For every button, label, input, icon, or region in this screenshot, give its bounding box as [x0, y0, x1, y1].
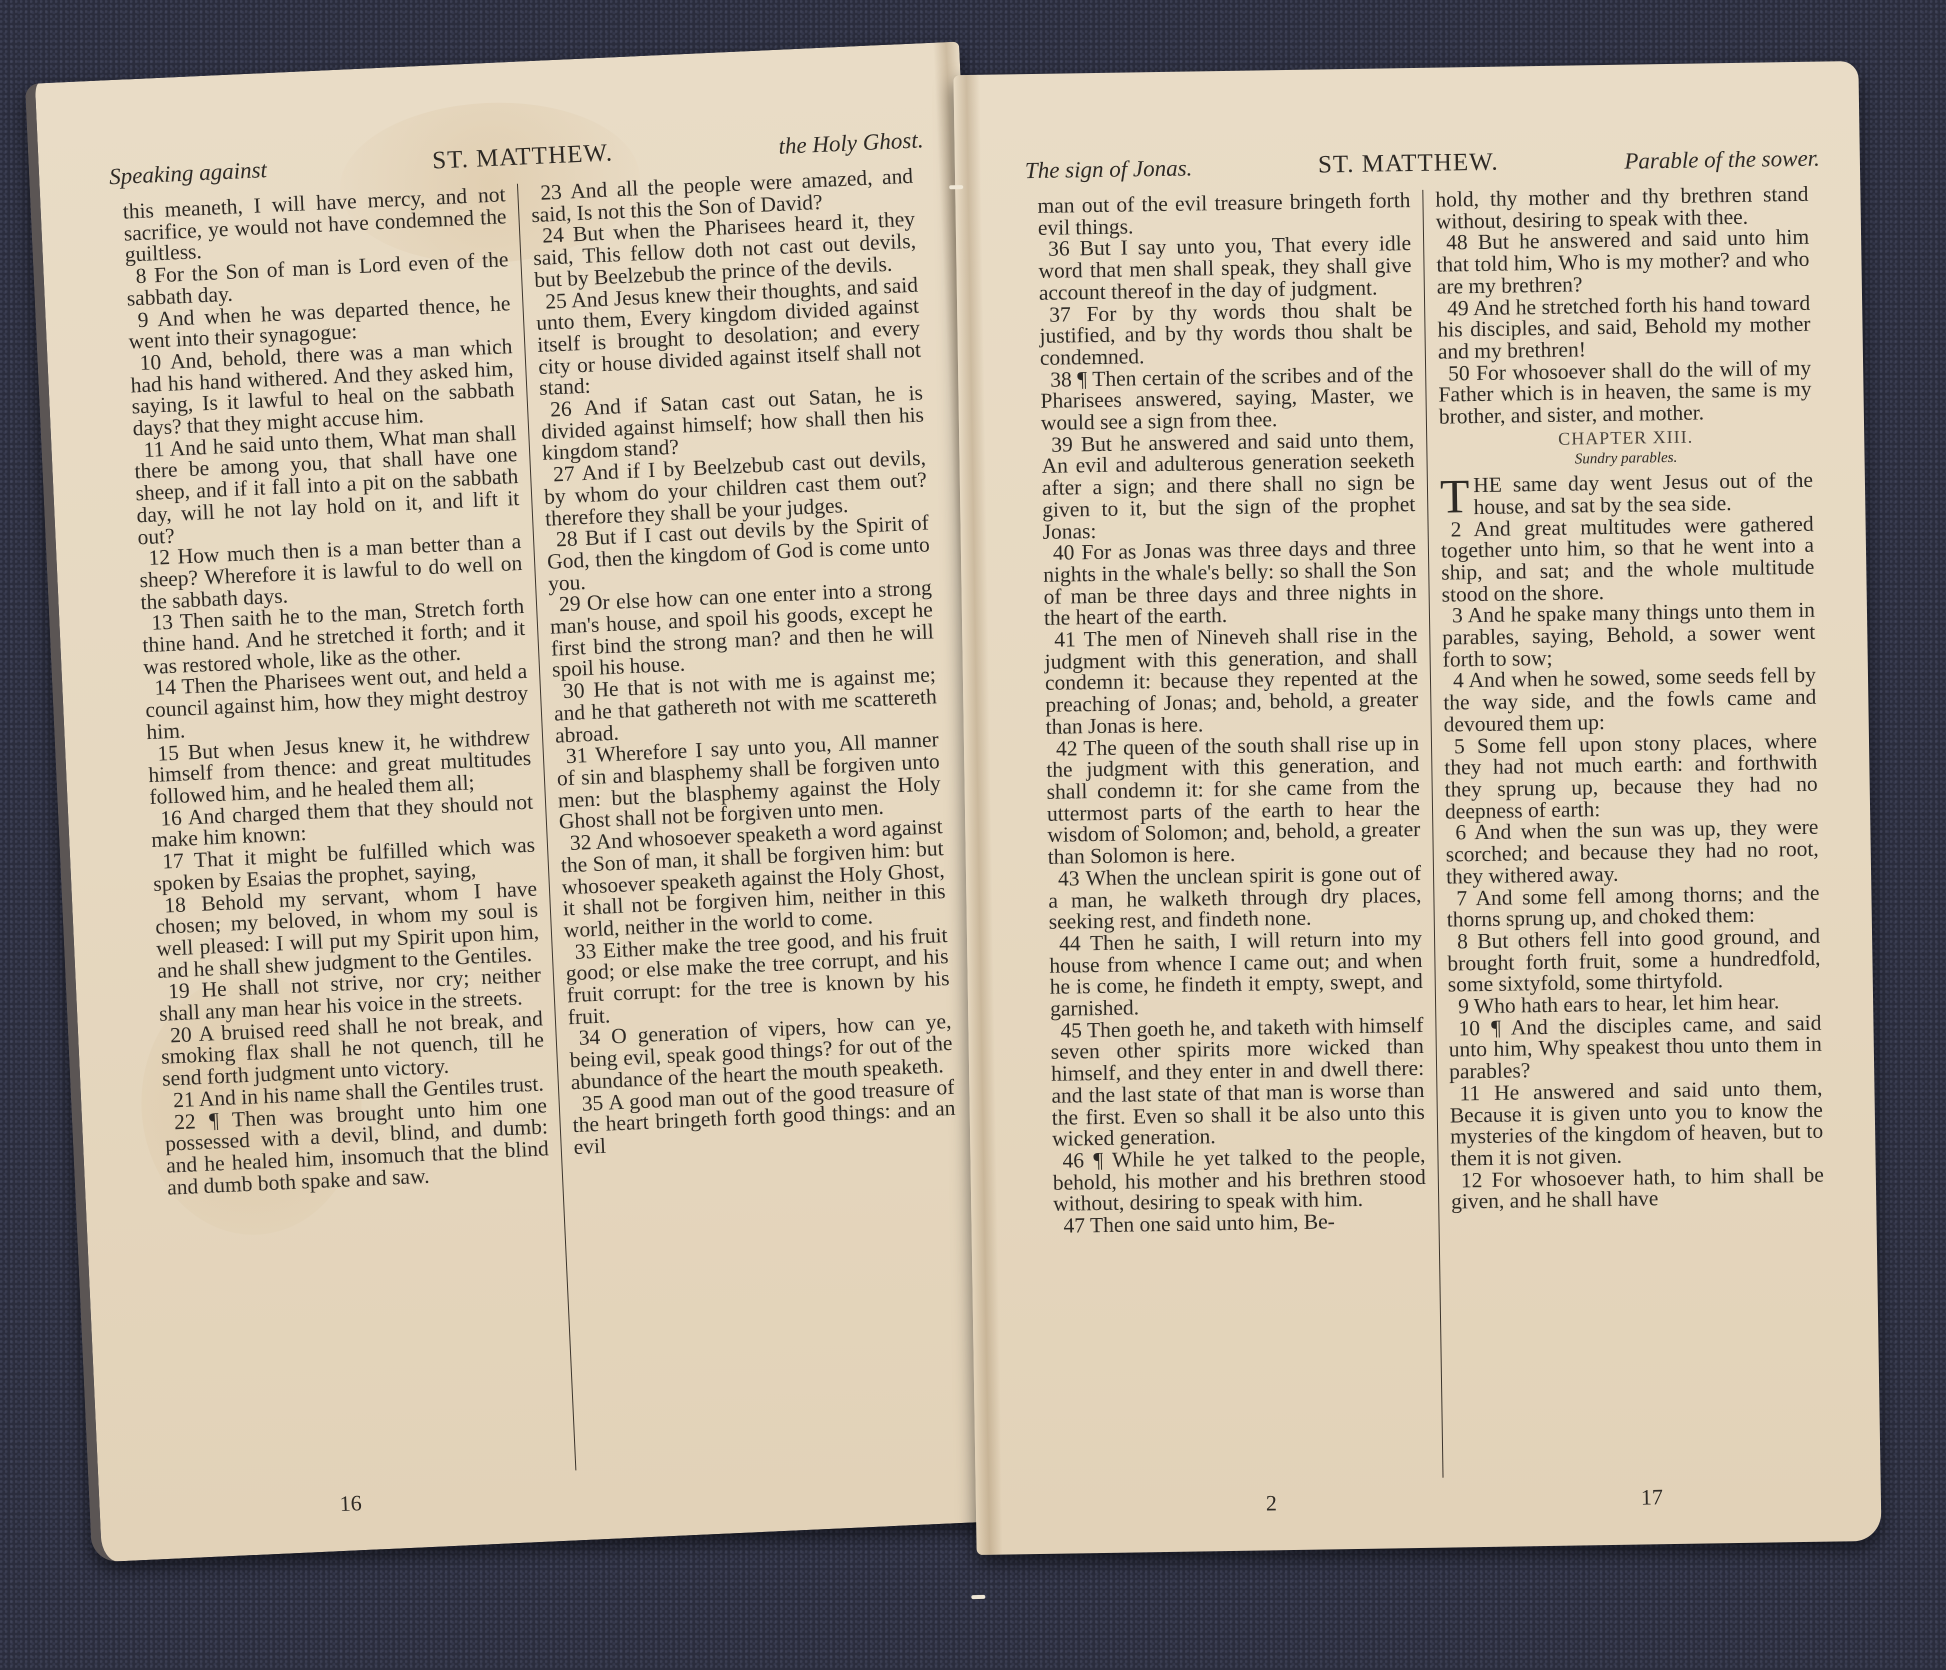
verse: 8 But others fell into good ground, and …: [1447, 926, 1821, 997]
verse: 2 And great multitudes were gathered tog…: [1440, 513, 1814, 606]
left-page: Speaking against ST. MATTHEW. the Holy G…: [25, 42, 1026, 1563]
verse: 37 For by thy words thou shalt be justif…: [1039, 299, 1413, 370]
column-1: this meaneth, I will have mercy, and not…: [110, 184, 575, 1489]
verse: 41 The men of Nineveh shall rise in the …: [1044, 624, 1419, 738]
verse: 48 But he answered and said unto him tha…: [1436, 227, 1810, 298]
page-number: 17: [1641, 1484, 1663, 1510]
text-columns: this meaneth, I will have mercy, and not…: [110, 165, 983, 1489]
verse: 11 And he said unto them, What man shall…: [133, 423, 521, 549]
opening-text: HE same day went Jesus out of the house,…: [1473, 468, 1813, 519]
verse: 3 And he spake many things unto them in …: [1442, 600, 1816, 671]
verse: 10 ¶ And the disciples came, and said un…: [1448, 1012, 1822, 1083]
verse: 45 Then goeth he, and taketh with himsel…: [1050, 1015, 1425, 1151]
text-columns: man out of the evil treasure bringeth fo…: [1025, 184, 1840, 1484]
verse: 6 And when the sun was up, they were sco…: [1445, 817, 1819, 888]
column-2: hold, thy mother and thy brethren stand …: [1422, 184, 1840, 1478]
verse: 38 ¶ Then certain of the scribes and of …: [1040, 364, 1414, 435]
signature-mark: 2: [1266, 1490, 1277, 1516]
verse: 25 And Jesus knew their thoughts, and sa…: [535, 274, 923, 400]
verse: 49 And he stretched forth his hand towar…: [1437, 292, 1811, 363]
column-1: man out of the evil treasure bringeth fo…: [1025, 190, 1442, 1484]
verse: 12 For whosoever hath, to him shall be g…: [1451, 1164, 1825, 1213]
verse: 32 And whosoever speaketh a word against…: [559, 816, 947, 942]
page-number: 16: [339, 1490, 362, 1517]
verse: 40 For as Jonas was three days and three…: [1043, 537, 1417, 630]
header-left-topic: Speaking against: [109, 157, 268, 190]
verse: 42 The queen of the south shall rise up …: [1046, 733, 1421, 869]
header-left-topic: The sign of Jonas.: [1025, 155, 1193, 184]
column-2: 23 And all the people were amazed, and s…: [517, 165, 983, 1470]
verse: 36 But I say unto you, That every idle w…: [1038, 233, 1412, 304]
verse: 46 ¶ While he yet talked to the people, …: [1052, 1145, 1426, 1216]
verse: 47 Then one said unto him, Be-: [1053, 1210, 1426, 1238]
verse: 50 For whosoever shall do the will of my…: [1438, 357, 1812, 428]
binding-thread: [949, 185, 963, 189]
verse: 39 But he answered and said unto them, A…: [1041, 429, 1416, 543]
drop-cap: T: [1440, 477, 1470, 517]
verse: 22 ¶ Then was brought unto him one posse…: [164, 1095, 551, 1199]
header-book-title: ST. MATTHEW.: [1318, 149, 1499, 180]
verse: 11 He answered and said unto them, Becau…: [1449, 1078, 1823, 1171]
binding-thread: [971, 1595, 985, 1599]
header-right-topic: the Holy Ghost.: [778, 127, 924, 160]
verse: 43 When the unclean spirit is gone out o…: [1048, 863, 1422, 934]
header-right-topic: Parable of the sower.: [1624, 146, 1820, 175]
verse: 44 Then he saith, I will return into my …: [1049, 928, 1423, 1021]
verses-before-chapter: hold, thy mother and thy brethren stand …: [1435, 184, 1812, 429]
verses-after-chapter: 2 And great multitudes were gathered tog…: [1440, 513, 1824, 1213]
right-page: The sign of Jonas. ST. MATTHEW. Parable …: [953, 61, 1881, 1555]
running-header: The sign of Jonas. ST. MATTHEW. Parable …: [1025, 132, 1821, 184]
verse: 5 Some fell upon stony places, where the…: [1444, 730, 1818, 823]
verse: 4 And when he sowed, some seeds fell by …: [1443, 665, 1817, 736]
verse: 35 A good man out of the good treasure o…: [571, 1076, 957, 1158]
